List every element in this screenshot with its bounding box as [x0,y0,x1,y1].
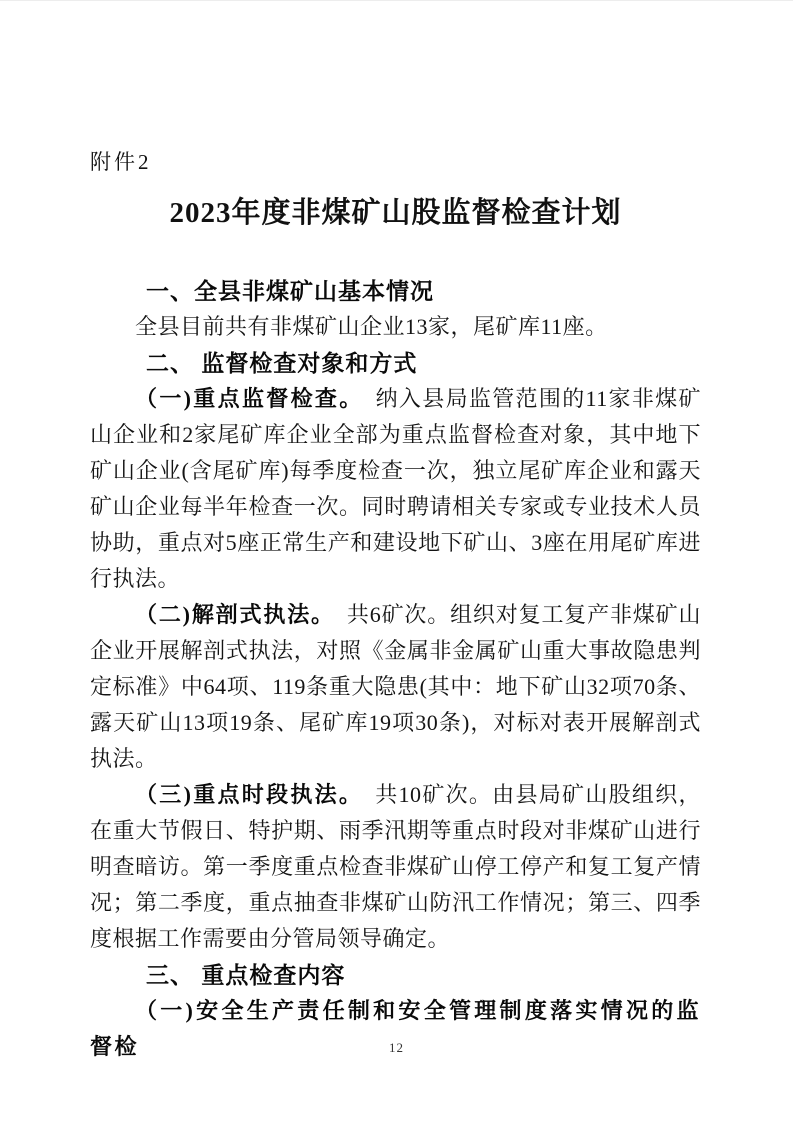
section-heading-2: 二、 监督检查对象和方式 [90,345,701,381]
page-footer: 12 [0,1039,793,1057]
paragraph-lead-2: （二)解剖式执法。 [135,602,335,627]
paragraph-lead-1: （一)重点监督检查。 [135,386,364,411]
section-heading-3: 三、 重点检查内容 [90,957,701,993]
paragraph-key-period-enforcement: （三)重点时段执法。共10矿次。由县局矿山股组织，在重大节假日、特护期、雨季汛期… [90,777,701,957]
paragraph-text-1: 纳入县局监管范围的11家非煤矿山企业和2家尾矿库企业全部为重点监督检查对象，其中… [90,386,701,591]
section-heading-1: 一、全县非煤矿山基本情况 [90,273,701,309]
paragraph-text-2: 共6矿次。组织对复工复产非煤矿山企业开展解剖式执法，对照《金属非金属矿山重大事故… [90,602,701,771]
document-page: 附件2 2023年度非煤矿山股监督检查计划 一、全县非煤矿山基本情况 全县目前共… [0,0,793,1122]
paragraph-text-3: 共10矿次。由县局矿山股组织，在重大节假日、特护期、雨季汛期等重点时段对非煤矿山… [90,782,701,951]
paragraph-basic-situation: 全县目前共有非煤矿山企业13家，尾矿库11座。 [90,309,701,345]
document-title: 2023年度非煤矿山股监督检查计划 [90,194,701,232]
paragraph-anatomical-enforcement: （二)解剖式执法。共6矿次。组织对复工复产非煤矿山企业开展解剖式执法，对照《金属… [90,597,701,777]
document-body: 一、全县非煤矿山基本情况 全县目前共有非煤矿山企业13家，尾矿库11座。 二、 … [90,273,701,1065]
attachment-label: 附件2 [90,149,701,175]
paragraph-lead-3: （三)重点时段执法。 [135,782,363,807]
page-number: 12 [389,1040,404,1055]
paragraph-key-inspection: （一)重点监督检查。纳入县局监管范围的11家非煤矿山企业和2家尾矿库企业全部为重… [90,381,701,597]
